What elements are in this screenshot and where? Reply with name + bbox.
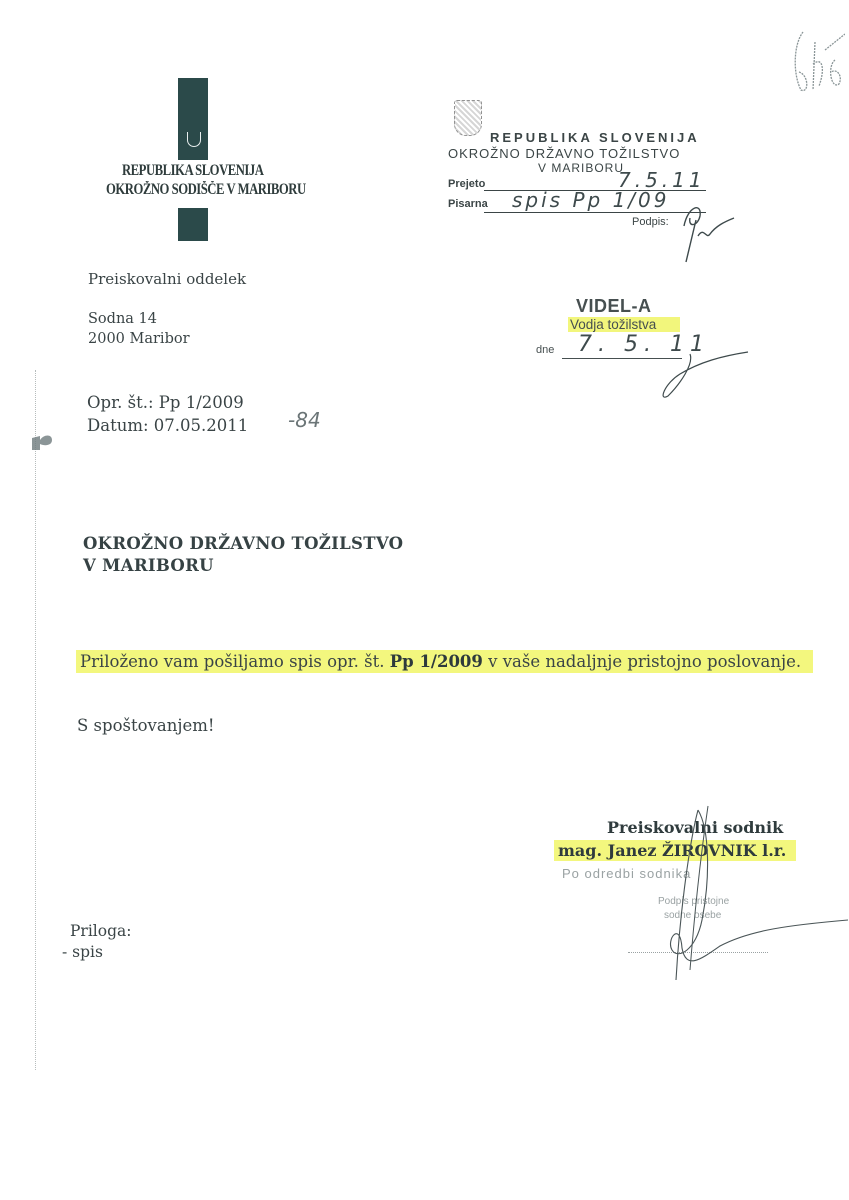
- stamp-republic-text: REPUBLIKA SLOVENIJA: [490, 130, 700, 145]
- handwritten-page-number: [785, 20, 845, 100]
- recipient-line1: OKROŽNO DRŽAVNO TOŽILSTVO: [83, 534, 403, 553]
- received-label: Prejeto: [448, 178, 485, 190]
- folder-handwritten: spis Pp 1/09: [512, 188, 669, 212]
- body-case-ref: Pp 1/2009: [390, 652, 483, 671]
- body-sentence: Priloženo vam pošiljamo spis opr. št. Pp…: [76, 650, 813, 673]
- attachment-label: Priloga:: [70, 922, 131, 940]
- scan-margin-line: [35, 370, 36, 1070]
- sender-street: Sodna 14: [88, 311, 157, 327]
- logo-republic-text: REPUBLIKA SLOVENIJA: [122, 162, 263, 180]
- signature-label: Podpis:: [632, 216, 669, 228]
- recipient-line2: V MARIBORU: [83, 556, 214, 575]
- court-logo: REPUBLIKA SLOVENIJA OKROŽNO SODIŠČE V MA…: [100, 78, 290, 243]
- body-text-after: v vaše nadaljnje pristojno poslovanje.: [483, 652, 801, 671]
- closing-greeting: S spoštovanjem!: [77, 716, 215, 735]
- folder-line: [484, 212, 706, 213]
- stamp-city-text: V MARIBORU: [538, 161, 624, 175]
- logo-court-text: OKROŽNO SODIŠČE V MARIBORU: [106, 181, 306, 199]
- handwritten-note: -84: [288, 408, 321, 432]
- logo-bar-bottom: [178, 208, 208, 241]
- case-number: Opr. št.: Pp 1/2009: [87, 393, 244, 412]
- staple-mark-icon: [30, 430, 54, 452]
- attachment-item: - spis: [62, 943, 103, 961]
- handwritten-signature: [678, 196, 738, 266]
- coat-of-arms-icon: [187, 132, 201, 147]
- coat-of-arms-icon: [454, 100, 482, 136]
- document-date: Datum: 07.05.2011: [87, 416, 248, 435]
- seen-stamp: VIDEL-A Vodja tožilstva dne 7. 5. 11: [500, 290, 750, 400]
- judge-signature: [620, 800, 849, 990]
- seen-title: VIDEL-A: [576, 296, 652, 317]
- seen-signature: [650, 344, 750, 404]
- stamp-office-text: OKROŽNO DRŽAVNO TOŽILSTVO: [448, 146, 680, 161]
- body-text-before: Priloženo vam pošiljamo spis opr. št.: [80, 652, 390, 671]
- folder-label: Pisarna: [448, 198, 488, 210]
- sender-department: Preiskovalni oddelek: [88, 270, 246, 288]
- seen-role: Vodja tožilstva: [568, 317, 680, 332]
- seen-date-label: dne: [536, 344, 554, 356]
- received-stamp: REPUBLIKA SLOVENIJA OKROŽNO DRŽAVNO TOŽI…: [446, 100, 746, 270]
- logo-bar-top: [178, 78, 208, 160]
- sender-city: 2000 Maribor: [88, 331, 190, 347]
